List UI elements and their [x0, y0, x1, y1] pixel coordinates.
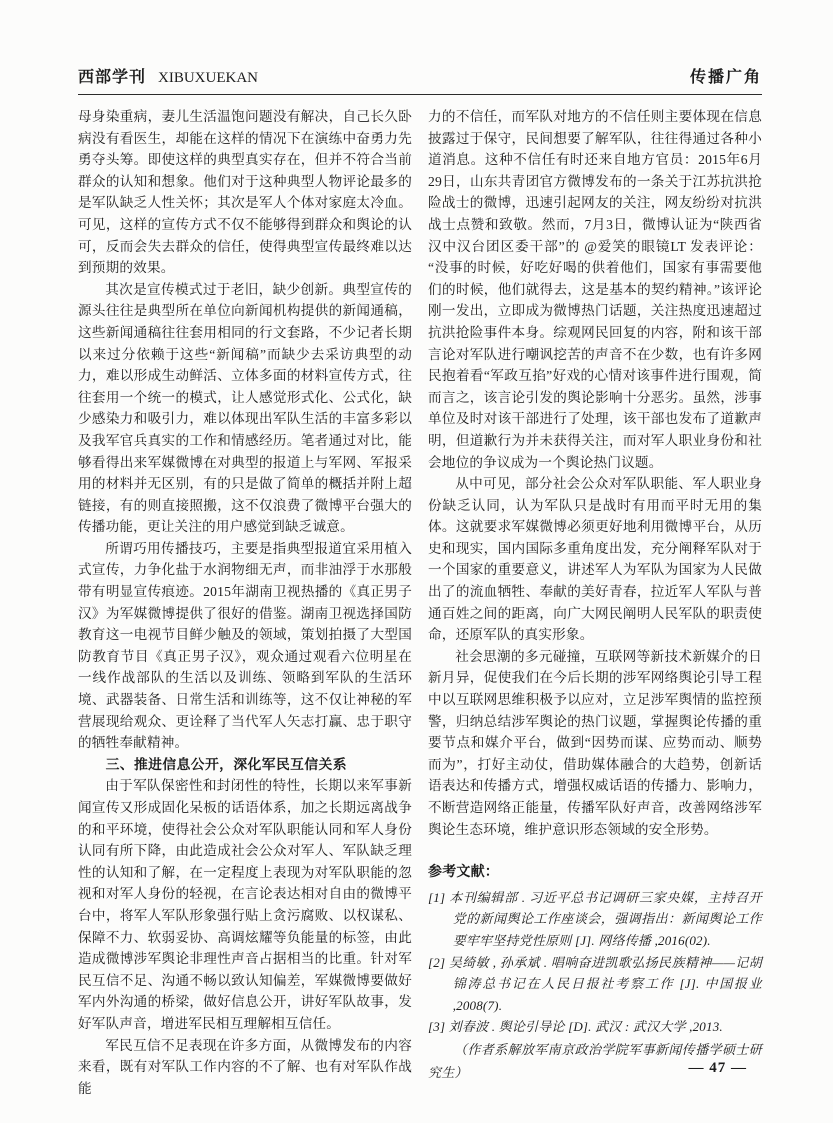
page-header: 西部学刊XIBUXUEKAN 传播广角 [78, 64, 762, 95]
paragraph-continuation: 母身染重病，妻儿生活温饱问题没有解决，自己长久卧病没有看医生，却能在这样的情况下… [78, 106, 412, 279]
journal-title-en: XIBUXUEKAN [158, 70, 258, 86]
article-body: 母身染重病，妻儿生活温饱问题没有解决，自己长久卧病没有看医生，却能在这样的情况下… [78, 106, 762, 1099]
paragraph: 社会思潮的多元碰撞，互联网等新技术新媒介的日新月异，促使我们在今后长期的涉军网络… [428, 646, 762, 840]
reference-item: [3] 刘春波 . 舆论引导论 [D]. 武汉 : 武汉大学 ,2013. [428, 1016, 762, 1038]
section-heading: 三、推进信息公开，深化军民互信关系 [78, 754, 412, 776]
paragraph-continuation: 力的不信任，而军队对地方的不信任则主要体现在信息披露过于保守，民间想要了解军队，… [428, 106, 762, 473]
reference-item: [1] 本刊编辑部 . 习近平总书记调研三家央媒，主持召开党的新闻舆论工作座谈会… [428, 887, 762, 952]
left-column: 母身染重病，妻儿生活温饱问题没有解决，自己长久卧病没有看医生，却能在这样的情况下… [78, 106, 412, 1099]
paragraph: 由于军队保密性和封闭性的特性，长期以来军事新闻宣传又形成固化呆板的话语体系，加之… [78, 775, 412, 1034]
page-number: — 47 — [689, 1060, 748, 1077]
paragraph: 军民互信不足表现在许多方面，从微博发布的内容来看，既有对军队工作内容的不了解、也… [78, 1035, 412, 1100]
right-column: 力的不信任，而军队对地方的不信任则主要体现在信息披露过于保守，民间想要了解军队，… [428, 106, 762, 1099]
paragraph: 从中可见，部分社会公众对军队职能、军人职业身份缺乏认同，认为军队只是战时有用而平… [428, 473, 762, 646]
section-label: 传播广角 [690, 64, 762, 87]
journal-page: 西部学刊XIBUXUEKAN 传播广角 母身染重病，妻儿生活温饱问题没有解决，自… [0, 0, 833, 1123]
reference-item: [2] 吴绮敏 , 孙承斌 . 唱响奋进凯歌弘扬民族精神——记胡锦涛总书记在人民… [428, 952, 762, 1017]
paragraph: 其次是宣传模式过于老旧，缺少创新。典型宣传的源头往往是典型所在单位向新闻机构提供… [78, 279, 412, 538]
references-list: [1] 本刊编辑部 . 习近平总书记调研三家央媒，主持召开党的新闻舆论工作座谈会… [428, 887, 762, 1038]
journal-title: 西部学刊XIBUXUEKAN [78, 64, 258, 87]
references-heading: 参考文献： [428, 861, 762, 883]
paragraph: 所谓巧用传播技巧，主要是指典型报道宜采用植入式宣传，力争化盐于水润物细无声，而非… [78, 538, 412, 754]
journal-title-cn: 西部学刊 [78, 69, 146, 86]
